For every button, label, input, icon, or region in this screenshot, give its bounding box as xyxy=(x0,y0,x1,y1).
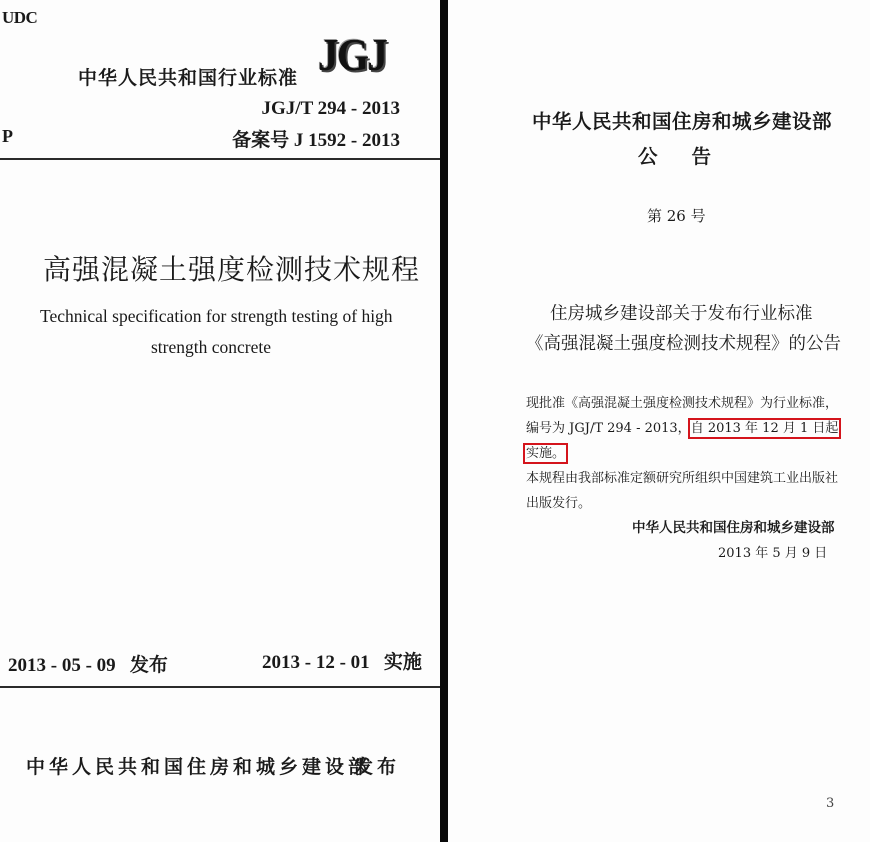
standard-code: JGJ/T 294 - 2013 xyxy=(262,98,400,120)
issue-date-value: 2013 - 05 - 09 xyxy=(8,655,116,676)
subject-line2: 《高强混凝土强度检测技术规程》的公告 xyxy=(526,330,841,355)
signer: 中华人民共和国住房和城乡建设部 xyxy=(632,516,835,536)
issuer: 中华人民共和国住房和城乡建设部 xyxy=(26,752,371,779)
divider xyxy=(0,158,440,160)
issue-date: 2013 - 05 - 09 发布 xyxy=(8,650,168,677)
udc-label: UDC xyxy=(2,8,37,28)
subject-line1: 住房城乡建设部关于发布行业标准 xyxy=(550,300,813,325)
announcement-body: 现批准《高强混凝土强度检测技术规程》为行业标准，编号为 JGJ/T 294 - … xyxy=(500,391,845,516)
record-number: 备案号 J 1592 - 2013 xyxy=(232,125,400,152)
paragraph: 现批准《高强混凝土强度检测技术规程》为行业标准，编号为 JGJ/T 294 - … xyxy=(500,391,845,466)
industry-standard-heading: 中华人民共和国行业标准 xyxy=(78,63,298,90)
title-english-line2: strength concrete xyxy=(151,337,271,358)
issue-date-label: 发布 xyxy=(130,655,168,676)
ministry-heading: 中华人民共和国住房和城乡建设部 xyxy=(532,106,832,134)
jgj-logo-icon: JGJ xyxy=(318,28,386,81)
divider xyxy=(0,686,440,688)
page-number: 3 xyxy=(826,796,834,811)
issuer-verb: 发布 xyxy=(354,752,400,779)
classification-label: P xyxy=(2,126,13,147)
title-chinese: 高强混凝土强度检测技术规程 xyxy=(43,248,420,288)
page-spine-divider xyxy=(440,0,448,842)
paragraph: 本规程由我部标准定额研究所组织中国建筑工业出版社出版发行。 xyxy=(500,466,845,516)
sign-date: 2013 年 5 月 9 日 xyxy=(718,542,827,561)
effective-date-label: 实施 xyxy=(384,652,422,673)
title-english-line1: Technical specification for strength tes… xyxy=(40,306,393,327)
effective-date: 2013 - 12 - 01 实施 xyxy=(262,647,422,674)
cover-page: UDC P 中华人民共和国行业标准 JGJ JGJ/T 294 - 2013 备… xyxy=(0,0,440,842)
effective-date-value: 2013 - 12 - 01 xyxy=(262,652,370,673)
notice-title: 公告 xyxy=(638,141,745,169)
notice-number: 第 26 号 xyxy=(647,205,706,226)
